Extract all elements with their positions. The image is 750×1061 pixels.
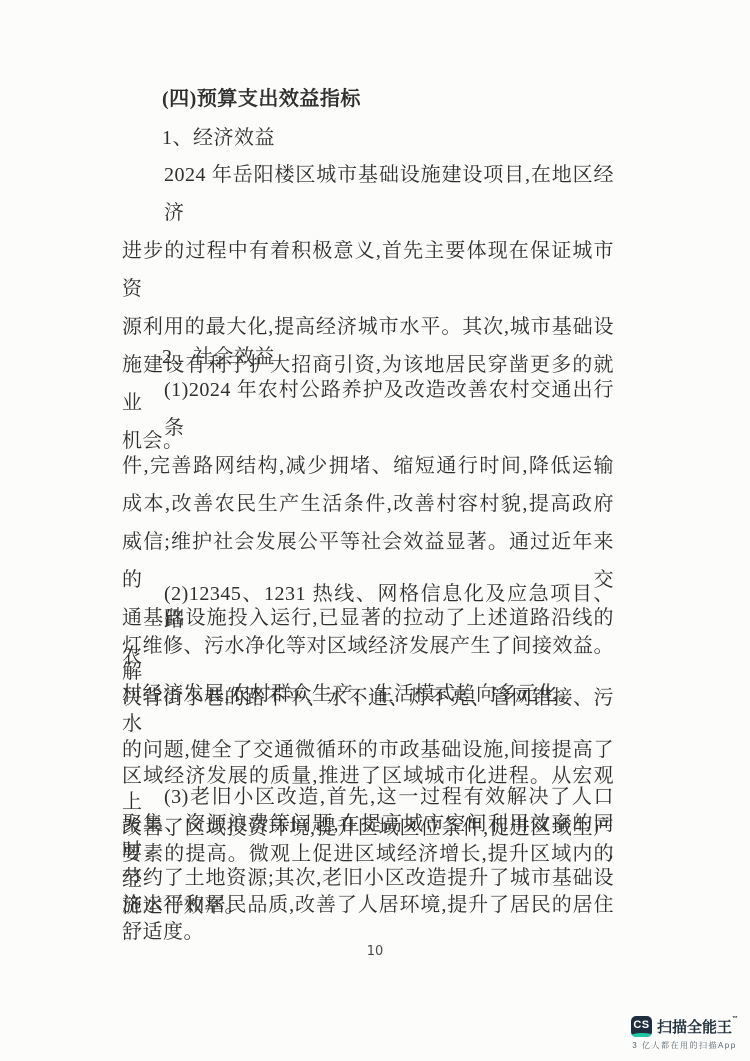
text-line: 的问题,健全了交通微循环的市政基础设施,间接提高了 xyxy=(122,737,614,763)
paragraph-social-3: (3)老旧小区改造,首先,这一过程有效解决了人口 聚集、资源浪费等问题,在提高城… xyxy=(122,784,614,946)
text-line: 2024 年岳阳楼区城市基础设施建设项目,在地区经济 xyxy=(122,156,614,232)
scanned-document-page: (四)预算支出效益指标 1、经济效益 2024 年岳阳楼区城市基础设施建设项目,… xyxy=(0,0,750,1061)
camscanner-brand-name: 扫描全能王™ xyxy=(657,1016,738,1037)
camscanner-logo-initials: CS xyxy=(633,1019,649,1031)
text-line: 节约了土地资源;其次,老旧小区改造提升了城市基础设 xyxy=(122,865,614,892)
text-line: 聚集、资源浪费等问题,在提高城市空间利用效率的同时, xyxy=(122,811,614,865)
text-line: 进步的过程中有着积极意义,首先主要体现在保证城市资 xyxy=(122,232,614,308)
camscanner-brand-row: CS 扫描全能王™ xyxy=(631,1016,738,1037)
page-number: 10 xyxy=(0,944,750,959)
trademark-symbol: ™ xyxy=(732,1016,738,1022)
section-heading: (四)预算支出效益指标 xyxy=(122,84,614,114)
subheading-economic-benefit: 1、经济效益 xyxy=(122,123,614,153)
text-line: 成本,改善农民生产生活条件,改善村容村貌,提高政府 xyxy=(122,485,614,523)
text-line: (2)12345、1231 热线、网格信息化及应急项目、路 xyxy=(122,581,614,633)
camscanner-tagline: 3 亿人都在用的扫描App xyxy=(631,1040,738,1051)
camscanner-logo-swoosh xyxy=(631,1033,652,1037)
camscanner-watermark: CS 扫描全能王™ 3 亿人都在用的扫描App xyxy=(631,1016,738,1051)
text-line: (3)老旧小区改造,首先,这一过程有效解决了人口 xyxy=(122,784,614,811)
subheading-social-benefit: 2、社会效益 xyxy=(122,342,614,372)
text-line: 舒适度。 xyxy=(122,919,614,946)
text-line: (1)2024 年农村公路养护及改造改善农村交通出行条 xyxy=(122,371,614,447)
text-line: 灯维修、污水净化等对区域经济发展产生了间接效益。解 xyxy=(122,633,614,685)
text-line: 件,完善路网结构,减少拥堵、缩短通行时间,降低运输 xyxy=(122,447,614,485)
camscanner-logo-icon: CS xyxy=(631,1016,652,1037)
text-line: 施水平和居民品质,改善了人居环境,提升了居民的居住 xyxy=(122,892,614,919)
text-line: 决背街小巷的路不平、水不通、灯不亮、管网错接、污水 xyxy=(122,685,614,737)
brand-name-text: 扫描全能王 xyxy=(657,1019,732,1036)
text-line: 源利用的最大化,提高经济城市水平。其次,城市基础设 xyxy=(122,308,614,346)
